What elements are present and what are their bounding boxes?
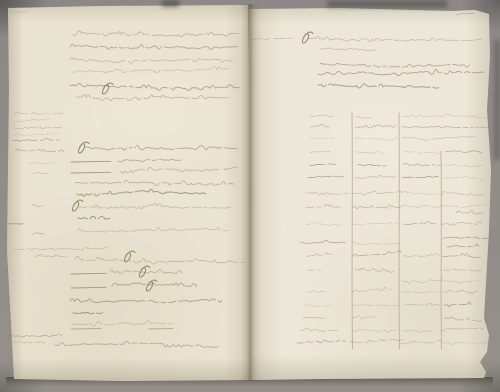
table-cell-entry xyxy=(306,205,341,208)
table-cell-entry xyxy=(310,164,336,166)
table-cell-entry xyxy=(310,124,330,127)
table-cell-entry xyxy=(403,254,439,257)
table-cell-entry xyxy=(441,328,484,331)
table-cell-entry xyxy=(442,254,481,258)
margin-note-line xyxy=(14,112,63,114)
flourish-stroke xyxy=(72,200,83,211)
handwritten-line xyxy=(55,341,219,347)
handwritten-line xyxy=(318,70,484,76)
table-cell-entry xyxy=(443,290,477,294)
dash-line xyxy=(71,287,106,288)
table-cell-entry xyxy=(310,151,331,152)
margin-note-line xyxy=(251,38,270,40)
margin-note-line xyxy=(32,205,43,207)
handwritten-line xyxy=(77,189,206,196)
table-cell-entry xyxy=(306,222,342,225)
table-cell-entry xyxy=(445,165,483,167)
table-cell-entry xyxy=(306,291,325,293)
table-cell-entry xyxy=(402,280,443,284)
table-cell-entry xyxy=(402,176,438,178)
table-cell-entry xyxy=(358,164,386,166)
table-cell-entry xyxy=(442,342,488,344)
table-cell-entry xyxy=(402,292,438,293)
handwritten-line xyxy=(120,167,219,173)
table-cell-entry xyxy=(310,114,333,117)
table-cell-entry xyxy=(308,270,321,272)
table-cell-entry xyxy=(447,244,479,247)
table-cell-entry xyxy=(404,152,442,154)
dash-line xyxy=(71,161,111,162)
table-cell-entry xyxy=(353,205,401,209)
margin-note-line xyxy=(14,341,45,343)
handwritten-line xyxy=(77,227,227,232)
table-cell-entry xyxy=(356,151,385,154)
table-cell-entry xyxy=(355,175,395,179)
margin-note-line xyxy=(456,13,474,15)
handwritten-line xyxy=(320,48,376,51)
margin-note-line xyxy=(14,247,108,250)
table-cell-entry xyxy=(355,268,394,272)
table-cell-entry xyxy=(353,251,401,257)
table-cell-entry xyxy=(405,303,440,305)
table-cell-entry xyxy=(355,125,396,128)
table-cell-entry xyxy=(353,223,399,226)
handwriting-ink-layer xyxy=(0,0,500,392)
margin-note-line xyxy=(28,162,56,164)
table-cell-entry xyxy=(310,138,333,139)
margin-note-line xyxy=(14,119,51,122)
handwritten-line xyxy=(76,95,229,101)
table-cell-entry xyxy=(402,191,444,195)
table-cell-entry xyxy=(403,222,435,225)
handwritten-line xyxy=(320,63,469,67)
table-cell-entry xyxy=(403,163,440,165)
handwritten-line xyxy=(308,36,481,42)
table-cell-entry xyxy=(303,304,330,306)
margin-note-line xyxy=(15,149,64,152)
handwritten-line xyxy=(70,44,238,49)
table-cell-entry xyxy=(400,341,442,344)
table-cell-entry xyxy=(353,287,393,292)
handwritten-line xyxy=(78,216,110,219)
table-cell-entry xyxy=(402,205,442,208)
table-cell-entry xyxy=(308,176,343,178)
scanned-document xyxy=(0,0,500,392)
table-cell-entry xyxy=(303,317,325,318)
table-cell-entry xyxy=(443,270,481,272)
handwritten-line xyxy=(75,257,245,264)
margin-note-line xyxy=(11,11,27,12)
table-cell-entry xyxy=(444,280,480,284)
margin-note-line xyxy=(32,233,43,235)
margin-note-line xyxy=(15,133,58,136)
table-cell-entry xyxy=(445,151,483,153)
handwritten-line xyxy=(72,321,172,326)
table-cell-entry xyxy=(306,253,333,256)
table-cell-entry xyxy=(444,302,471,306)
handwritten-line xyxy=(70,299,222,303)
table-cell-entry xyxy=(443,237,487,239)
margin-note-line xyxy=(274,38,293,39)
handwritten-line xyxy=(73,312,103,313)
flourish-stroke xyxy=(102,83,113,94)
table-cell-entry xyxy=(442,191,484,196)
handwritten-line xyxy=(78,203,231,209)
margin-note-line xyxy=(33,172,47,173)
handwritten-line xyxy=(112,283,196,287)
table-cell-entry xyxy=(402,136,476,141)
table-cell-entry xyxy=(356,116,373,118)
handwritten-line xyxy=(75,180,234,185)
flourish-stroke xyxy=(302,32,313,43)
table-cell-entry xyxy=(456,210,483,214)
table-cell-entry xyxy=(353,330,397,333)
margin-note-line xyxy=(14,127,62,130)
margin-note-line xyxy=(34,254,67,257)
table-cell-entry xyxy=(300,240,345,243)
table-cell-entry xyxy=(300,328,338,331)
table-cell-entry xyxy=(350,339,403,343)
handwritten-line xyxy=(70,57,232,63)
table-cell-entry xyxy=(444,317,481,322)
flourish-stroke xyxy=(78,142,89,153)
table-cell-entry xyxy=(441,221,482,225)
table-cell-entry xyxy=(441,204,490,207)
table-cell-entry xyxy=(354,137,398,140)
dash-line xyxy=(71,273,106,274)
handwritten-line xyxy=(84,145,237,150)
handwritten-line xyxy=(73,66,228,72)
flourish-stroke xyxy=(139,266,150,277)
table-cell-entry xyxy=(443,176,483,180)
handwritten-line xyxy=(118,159,181,162)
table-cell-entry xyxy=(402,126,493,128)
table-cell-entry xyxy=(402,114,488,119)
table-cell-entry xyxy=(353,315,375,318)
table-cell-entry xyxy=(306,192,350,194)
table-cell-entry xyxy=(353,305,398,307)
table-cell-entry xyxy=(402,330,432,333)
margin-note-line xyxy=(12,334,62,337)
dash-line xyxy=(71,172,111,173)
table-cell-entry xyxy=(297,341,346,344)
margin-note-line xyxy=(13,138,60,141)
table-cell-entry xyxy=(353,243,401,245)
handwritten-line xyxy=(224,167,237,170)
handwritten-line xyxy=(70,83,240,90)
handwritten-line xyxy=(318,84,439,88)
table-cell-entry xyxy=(353,191,402,195)
handwritten-line xyxy=(73,31,239,37)
